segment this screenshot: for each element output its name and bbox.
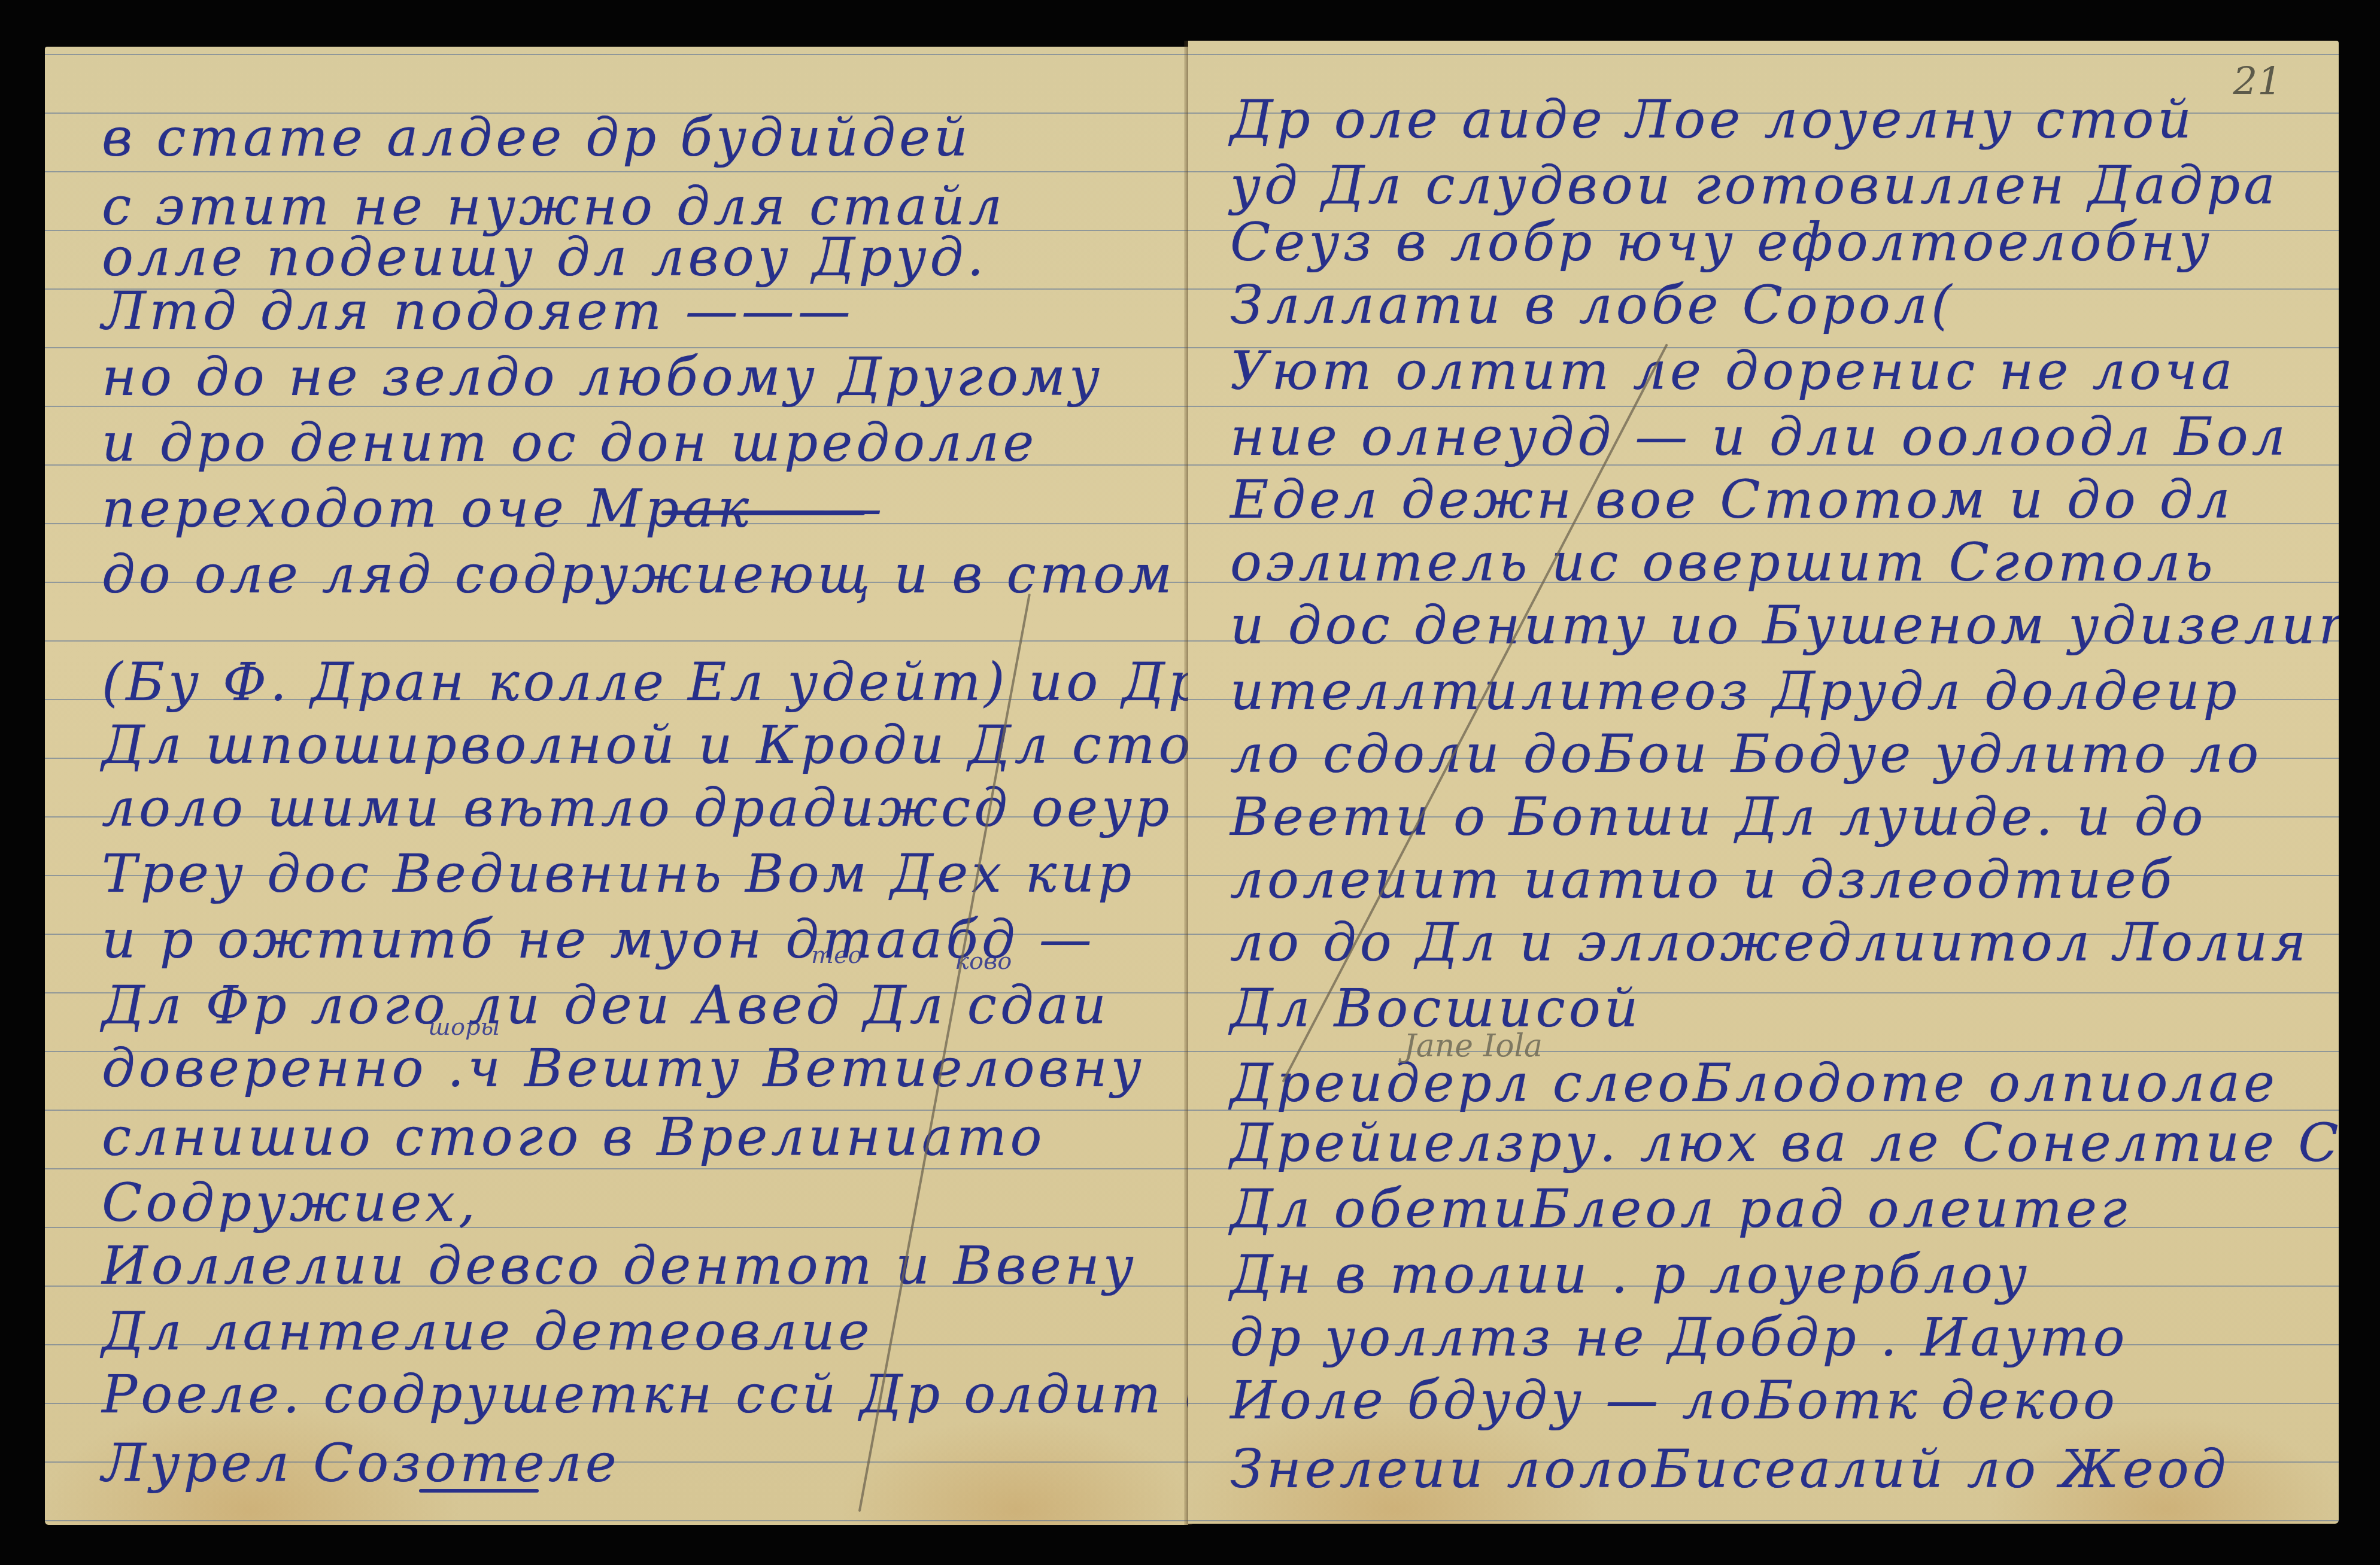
handwritten-line: Сеуз в лобр ючу ефолтоелобну xyxy=(1230,211,2213,273)
handwritten-line: до оле ляд содружиеющ и в стом xyxy=(102,543,1176,605)
handwritten-line: Дл шпоширволной и Кроди Дл сто- xyxy=(102,714,1188,776)
interlinear-note: тео xyxy=(811,941,863,969)
handwritten-line: Лтд для подояет ——— xyxy=(102,280,854,342)
handwritten-line: уд Дл слудвои готовиллен Дадра xyxy=(1230,154,2279,216)
handwritten-line: олле подеишу дл лвоу Друд. xyxy=(102,226,987,288)
handwritten-line: Дл лантелие детеовлие xyxy=(102,1300,873,1362)
handwritten-line: и дро денит ос дон шредолле xyxy=(102,412,1037,473)
handwritten-line: Едел дежн вое Стотом и до дл xyxy=(1230,469,2233,530)
handwritten-line: Др оле аиде Лое лоуелну стой xyxy=(1230,89,2195,150)
ink-underline xyxy=(661,510,865,515)
handwritten-line: Иоле бдуду — лоБотк декоо xyxy=(1230,1369,2118,1431)
handwritten-line: переходот оче Мрак —— xyxy=(102,478,885,539)
handwritten-line: (Бу Ф. Дран колле Ел удейт) ио Дри xyxy=(102,651,1188,713)
handwritten-line: Дрейиелзру. люх ва ле Сонелтие Слор xyxy=(1230,1112,2339,1174)
handwritten-line: Роеле. содрушеткн ссй Др олдит сМадо xyxy=(102,1363,1188,1425)
handwritten-line: Дн в толии . р лоуерблоу xyxy=(1230,1244,2030,1305)
handwritten-line: Дреидерл слеоБлодоте олпиолае xyxy=(1230,1052,2278,1114)
handwritten-line: ние олнеудд — и дли оолоодл Бол xyxy=(1230,406,2289,467)
handwritten-line: оэлитель ис овершит Сготоль xyxy=(1230,531,2217,593)
interlinear-note: шоры xyxy=(428,1013,500,1041)
handwritten-line: Лурел Созотеле xyxy=(102,1432,620,1494)
handwritten-line: Иоллелии девсо дентот и Ввену xyxy=(102,1235,1137,1296)
right-page-text: Др оле аиде Лое лоуелну стой уд Дл слудв… xyxy=(1188,41,2339,1524)
handwritten-line: Злллати в лобе Сорол( xyxy=(1230,274,1955,336)
handwritten-line: Содружиех, xyxy=(102,1172,479,1233)
handwritten-line: Веети о Бопши Дл лушде. и до xyxy=(1230,786,2206,847)
handwritten-line: лолеиит иатио и дзлеодтиеб xyxy=(1230,849,2175,910)
notebook-right-page: 21 Др оле аиде Лое лоуелну стой уд Дл сл… xyxy=(1188,41,2339,1524)
handwritten-line: Знелеии лолоБисеалий ло Жеод xyxy=(1230,1438,2230,1500)
handwritten-line: но до не зелдо любому Другому xyxy=(102,346,1103,408)
left-page-text: в стате алдее др будийдей с этит не нужн… xyxy=(45,47,1188,1525)
handwritten-line: Уют олтит ле доренис не лоча xyxy=(1230,340,2236,402)
handwritten-line: др уоллтз не Добдр . Иауто xyxy=(1230,1306,2129,1368)
handwritten-line: доверенно .ч Вешту Ветиеловну xyxy=(102,1037,1145,1099)
handwritten-line: Дл обетиБлеол рад олеитег xyxy=(1230,1178,2131,1239)
handwritten-line: и р ожтитб не муон дтаабд — xyxy=(102,908,1095,970)
handwritten-line: слнишио стого в Врелиниато xyxy=(102,1106,1046,1168)
notebook-left-page: в стате алдее др будийдей с этит не нужн… xyxy=(45,47,1188,1525)
handwritten-line: ителлтилитеоз Друдл долдеир xyxy=(1230,660,2241,722)
handwritten-line: в стате алдее др будийдей xyxy=(102,107,972,168)
pencil-annotation: Jane Iola xyxy=(1404,1028,1543,1064)
handwritten-line: лоло шими вѣтло драдижсд оеур xyxy=(102,777,1173,838)
ink-underline xyxy=(419,1489,539,1493)
handwritten-line: ло до Дл и элложедлиитол Лолия xyxy=(1230,911,2309,973)
handwritten-line: и дос дениту ио Бушеном удизелит xyxy=(1230,594,2339,656)
handwritten-line: ло сдоли доБои Бодуе удлито ло xyxy=(1230,723,2262,785)
handwritten-line: Дл Фр лого ли деи Авед Дл сдаи xyxy=(102,974,1110,1036)
